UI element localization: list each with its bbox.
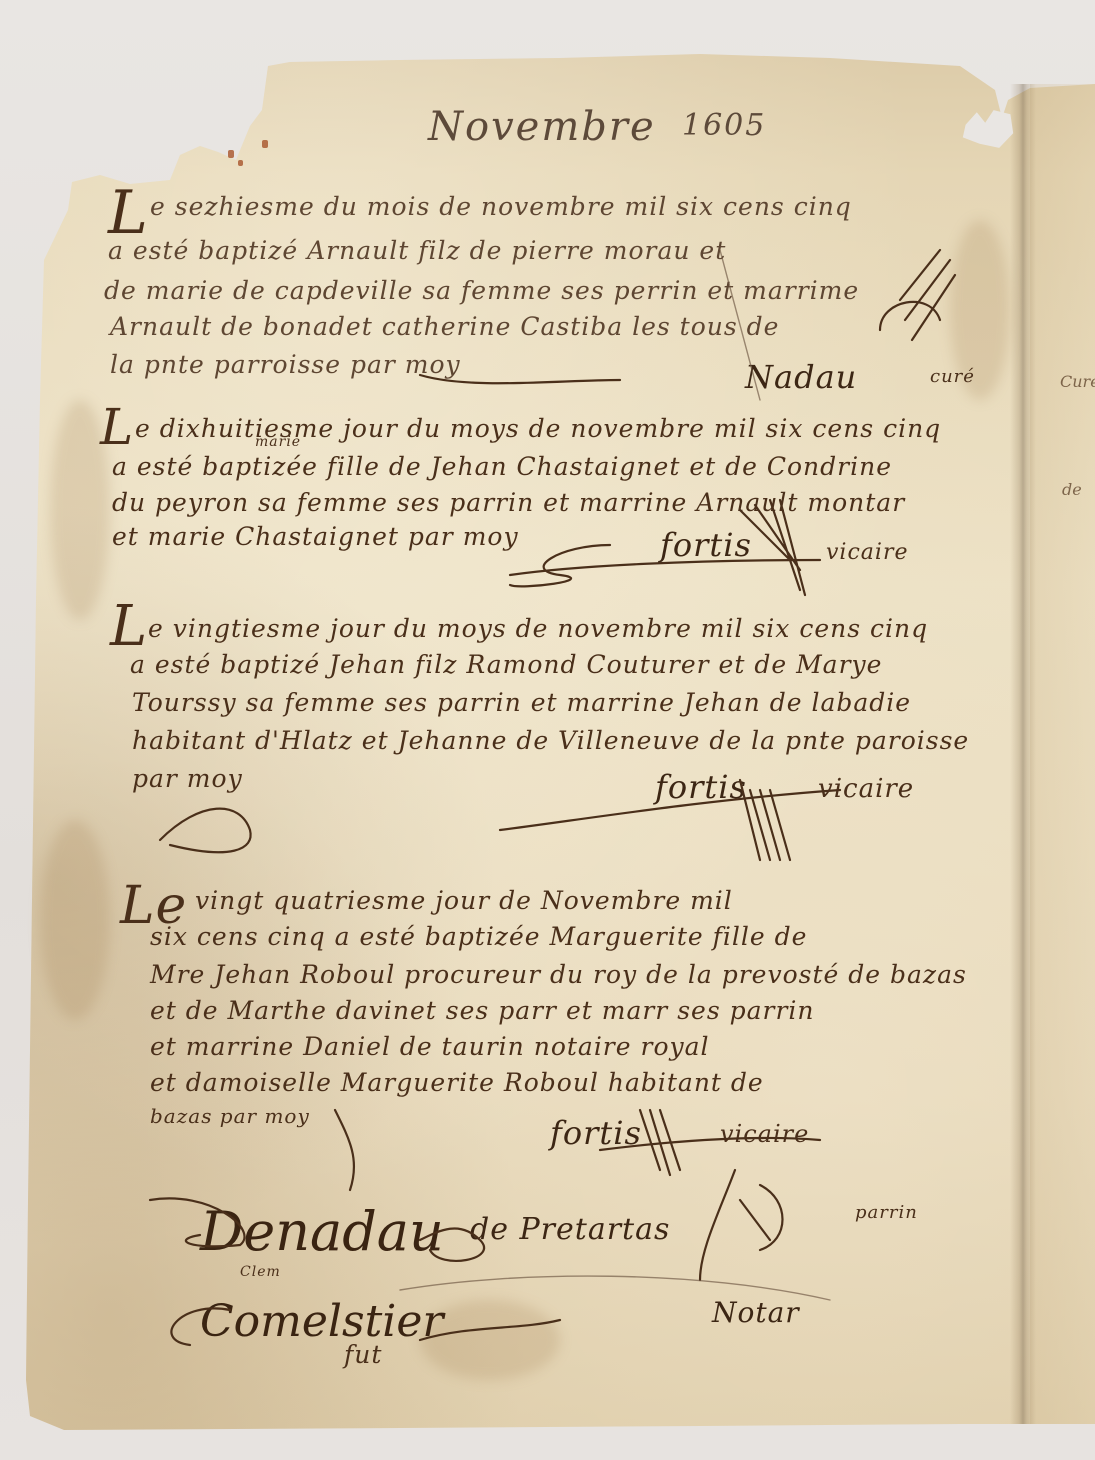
faint-guide-lines [0, 0, 1095, 1460]
